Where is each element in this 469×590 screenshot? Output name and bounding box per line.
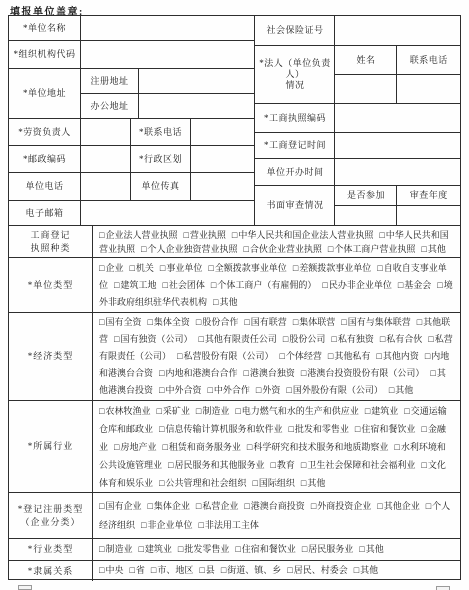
industry-options: □农林牧渔业□采矿业□制造业□电力燃气和水的生产和供应业□建筑业□交通运输仓库和… [93,401,460,492]
person-phone-label: 联系电话 [397,46,460,74]
checkbox-option[interactable]: □国际组织 [252,478,294,488]
checkbox-option-label: 差额拨款事业单位 [299,263,371,273]
business-license-type-label: 工商登记 执照种类 [9,226,93,257]
participate-input-cell[interactable] [335,206,397,225]
checkbox-icon: □ [198,334,203,344]
checkbox-option[interactable]: □股份公司 [283,334,325,344]
checkbox-option-label: 其他 [219,297,237,307]
checkbox-option[interactable]: □机关 [129,263,153,273]
checkbox-option[interactable]: □集体全资 [147,317,189,327]
unit-phone-label: 单位电话 [9,173,81,200]
checkbox-icon: □ [147,317,152,327]
checkbox-icon: □ [293,263,298,273]
checkbox-option[interactable]: □集体企业 [147,501,189,511]
checkbox-option[interactable]: □其他有限责任公司 [198,334,276,344]
checkbox-option[interactable]: □农林牧渔业 [99,406,150,416]
checkbox-icon: □ [252,478,257,488]
checkbox-option-label: 私有独资 [338,334,374,344]
checkbox-option[interactable]: □私有合伙 [380,334,422,344]
checkbox-icon: □ [301,460,306,470]
checkbox-option[interactable]: □市、地区 [151,565,193,575]
checkbox-option[interactable]: □外资 [256,385,280,395]
checkbox-icon: □ [398,280,403,290]
checkbox-icon: □ [377,501,382,511]
table-row: 是否参加 审查年度 [335,186,460,206]
checkbox-option[interactable]: □电力燃气和水的生产和供应业 [235,406,358,416]
industry-label: *所属行业 [9,401,93,492]
checkbox-option[interactable]: □私营股份有限（公司） [177,351,273,361]
person-name-label: 姓名 [335,46,397,74]
checkbox-icon: □ [99,406,104,416]
top-right-group: 社会保险证号 *法人（单位负责人） 情况 姓名 联系电话 [255,16,460,226]
checkbox-icon: □ [196,317,201,327]
checkbox-icon: □ [99,501,104,511]
checkbox-option[interactable]: □民办非企业单位 [322,280,391,290]
org-code-input-cell[interactable] [81,41,254,68]
business-reg-time-label: *工商登记时间 [255,133,335,158]
section-affiliation: *隶属关系 □中央□省□市、地区□县□街道、镇、乡□居民、村委会□其他 [9,561,460,581]
checkbox-icon: □ [141,520,146,530]
table-row: 办公地址 [81,94,254,118]
checkbox-option[interactable]: □住宿和餐饮业 [355,424,415,434]
checkbox-icon: □ [243,368,248,378]
checkbox-icon: □ [177,351,182,361]
checkbox-option[interactable]: □国有企业 [99,501,141,511]
checkbox-icon: □ [141,244,146,254]
checkbox-option-label: 居民、村委会 [294,565,348,575]
checkbox-option-label: 制造业 [105,544,132,554]
checkbox-icon: □ [287,565,292,575]
checkbox-option[interactable]: □私有独资 [331,334,373,344]
checkbox-option[interactable]: □中央 [99,565,123,575]
industry-category-label: *行业类型 [9,539,93,560]
checkbox-icon: □ [99,544,104,554]
checkbox-option[interactable]: □房地产业 [114,442,156,452]
checkbox-option[interactable]: □股份合作 [196,317,238,327]
checkbox-option-label: 其他内资 [383,351,419,361]
social-insurance-no-input-cell[interactable] [335,16,460,45]
participate-label: 是否参加 [335,186,397,205]
checkbox-option[interactable]: □教育 [270,460,294,470]
checkbox-option-label: 电力燃气和水的生产和供应业 [242,406,359,416]
checkbox-option-label: 房地产业 [120,442,156,452]
checkbox-icon: □ [211,280,216,290]
checkbox-option-label: 教育 [277,460,295,470]
checkbox-option-label: 内地和港澳台合作 [165,368,237,378]
table-row: *组织机构代码 [9,41,254,69]
checkbox-option[interactable]: □租赁和商务服务业 [162,442,240,452]
checkbox-option-label: 基金会 [404,280,431,290]
checkbox-option[interactable]: □居民服务和其他服务业 [168,460,264,470]
checkbox-option-label: 民办非企业单位 [329,280,392,290]
table-row: 单位开办时间 [255,159,460,186]
checkbox-option-label: 个人企业独资营业执照 [147,244,237,254]
checkbox-icon: □ [328,351,333,361]
checkbox-option-label: 国有全资 [105,317,141,327]
checkbox-icon: □ [425,351,430,361]
checkbox-option-label: 县 [206,565,215,575]
checkbox-icon: □ [380,334,385,344]
checkbox-option[interactable]: □事业单位 [160,263,202,273]
checkbox-option[interactable]: □省 [129,565,144,575]
checkbox-option[interactable]: □全额拨款事业单位 [208,263,286,273]
checkbox-icon: □ [208,263,213,273]
checkbox-option[interactable]: □采矿业 [156,406,189,416]
checkbox-option-label: 国际组织 [259,478,295,488]
unit-fax-input-cell[interactable] [191,173,254,200]
license-no-label: *工商执照编码 [255,104,335,132]
checkbox-option-label: 企业法人营业执照 [105,230,177,240]
checkbox-icon: □ [437,280,442,290]
checkbox-option-label: 国有企业 [105,501,141,511]
legal-person-subgroup: 姓名 联系电话 [335,46,460,103]
checkbox-option-label: 批发零售业 [184,544,229,554]
unit-type-label: *单位类型 [9,258,93,312]
checkbox-option[interactable]: □国外股份有限（公司） [286,385,382,395]
table-row: 社会保险证号 [255,16,460,46]
checkbox-option-label: 国有与集体联营 [348,317,411,327]
checkbox-icon: □ [283,334,288,344]
checkbox-option-label: 科学研究和技术服务和地质勘察业 [253,442,388,452]
checkbox-icon: □ [389,385,394,395]
office-address-input-cell[interactable] [139,94,254,118]
checkbox-option-label: 采矿业 [163,406,190,416]
affiliation-options: □中央□省□市、地区□县□街道、镇、乡□居民、村委会□其他 [93,561,460,581]
postal-code-input-cell[interactable] [81,146,131,172]
checkbox-icon: □ [288,424,293,434]
checkbox-option-label: 社会团体 [169,280,205,290]
checkbox-icon: □ [159,424,164,434]
unit-name-input-cell[interactable] [81,16,254,40]
checkbox-icon: □ [379,230,384,240]
business-reg-time-input-cell[interactable] [335,133,460,158]
checkbox-option-label: 其他 [307,478,325,488]
checkbox-icon: □ [151,565,156,575]
table-row: *工商登记时间 [255,133,460,159]
checkbox-option[interactable]: □居民服务业 [302,544,353,554]
admin-division-input-cell[interactable] [191,146,254,172]
checkbox-option[interactable]: □个体工商户营业执照 [328,244,415,254]
postal-code-label: *邮政编码 [9,146,81,172]
checkbox-option[interactable]: □其他企业 [377,501,419,511]
table-row: 单位电话 单位传真 [9,173,254,201]
table-row: 注册地址 [81,69,254,94]
checkbox-option-label: 住宿和餐饮业 [361,424,415,434]
checkbox-option[interactable]: □其他 [389,385,413,395]
section-industry: *所属行业 □农林牧渔业□采矿业□制造业□电力燃气和水的生产和供应业□建筑业□交… [9,401,460,493]
checkbox-icon: □ [417,317,422,327]
registered-address-input-cell[interactable] [139,69,254,93]
checkbox-option[interactable]: □企业法人营业执照 [99,230,177,240]
checkbox-option[interactable]: □差额拨款事业单位 [293,263,371,273]
checkbox-icon: □ [301,368,306,378]
registration-type-options: □国有企业□集体企业□私营企业□港澳台商投资□外商投资企业□其他企业□个人经济组… [93,493,460,538]
checkbox-icon: □ [430,368,435,378]
checkbox-icon: □ [421,244,426,254]
checkbox-option[interactable]: □合伙企业营业执照 [243,244,321,254]
checkbox-option[interactable]: □其他 [359,544,383,554]
checkbox-option-label: 国有联营 [251,317,287,327]
unit-type-options: □企业□机关□事业单位□全额拨款事业单位□差额拨款事业单位□自收自支事业单位□建… [93,258,460,312]
address-subgroup: 注册地址 办公地址 [81,69,254,118]
checkbox-icon: □ [159,385,164,395]
checkbox-icon: □ [235,406,240,416]
legal-person-label-line1: *法人（单位负责人） [255,58,334,80]
checkbox-icon: □ [331,334,336,344]
checkbox-option-label: 股份合作 [202,317,238,327]
checkbox-option[interactable]: □中外合作 [207,385,249,395]
checkbox-icon: □ [328,244,333,254]
checkbox-option-label: 外资 [262,385,280,395]
section-registration-type: *登记注册类型 （企业分类） □国有企业□集体企业□私营企业□港澳台商投资□外商… [9,493,460,539]
checkbox-option[interactable]: □个体经营 [279,351,321,361]
checkbox-option-label: 制造业 [202,406,229,416]
unit-fax-label: 单位传真 [131,173,191,200]
checkbox-option-label: 省 [136,565,145,575]
registration-form-table: *单位名称 *组织机构代码 *单位地址 注册地址 办公地址 [8,15,461,580]
section-unit-type: *单位类型 □企业□机关□事业单位□全额拨款事业单位□差额拨款事业单位□自收自支… [9,258,460,313]
license-no-input-cell[interactable] [335,104,460,132]
checkbox-icon: □ [156,406,161,416]
checkbox-option[interactable]: □营业执照 [183,230,225,240]
checkbox-icon: □ [99,317,104,327]
checkbox-option-label: 居民服务和其他服务业 [174,460,264,470]
checkbox-icon: □ [114,280,119,290]
checkbox-option-label: 中华人民共和国企业法人营业执照 [238,230,373,240]
checkbox-option-label: 股份公司 [289,334,325,344]
checkbox-option-label: 其他有限责任公司 [205,334,277,344]
section-label-line: 执照种类 [30,242,70,255]
labor-manager-input-cell[interactable] [81,119,131,145]
unit-open-time-input-cell[interactable] [335,159,460,185]
org-code-label: *组织机构代码 [9,41,81,68]
checkbox-icon: □ [99,263,104,273]
section-label-line: *登记注册类型 [18,503,84,516]
checkbox-option[interactable]: □国有联营 [244,317,286,327]
unit-open-time-label: 单位开办时间 [255,159,335,185]
checkbox-option[interactable]: □企业 [99,263,123,273]
business-license-type-options: □企业法人营业执照□营业执照□中华人民共和国企业法人营业执照□中华人民共和国营业… [93,226,460,257]
economic-type-label: *经济类型 [9,313,93,400]
section-label-line: *经济类型 [28,350,74,363]
checkbox-option[interactable]: □中外合资 [159,385,201,395]
checkbox-icon: □ [207,385,212,395]
checkbox-option-label: 个体工商户（有雇佣的） [217,280,316,290]
contact-phone-input-cell[interactable] [191,119,254,145]
checkbox-icon: □ [256,385,261,395]
review-year-input-cell[interactable] [397,206,460,225]
checkbox-option[interactable]: □建筑工地 [114,280,156,290]
checkbox-option[interactable]: □居民、村委会 [287,565,347,575]
contact-phone-label: *联系电话 [131,119,191,145]
checkbox-option-label: 建筑工地 [120,280,156,290]
checkbox-icon: □ [365,406,370,416]
checkbox-option-label: 租赁和商务服务业 [169,442,241,452]
checkbox-option[interactable]: □中华人民共和国企业法人营业执照 [232,230,373,240]
legal-person-label-line2: 情况 [285,80,304,91]
admin-division-label: *行政区划 [131,146,191,172]
checkbox-icon: □ [247,442,252,452]
checkbox-option[interactable]: □国有与集体联营 [341,317,410,327]
checkbox-option[interactable]: □个体工商户（有雇佣的） [211,280,316,290]
table-row: *单位名称 [9,16,254,41]
checkbox-option-label: 集体全资 [154,317,190,327]
checkbox-option[interactable]: □县 [199,565,214,575]
checkbox-option[interactable]: □基金会 [398,280,431,290]
section-label-line: *行业类型 [28,543,74,556]
section-label-line: *所属行业 [28,440,74,453]
checkbox-option[interactable]: □非企业单位 [141,520,192,530]
checkbox-option-label: 全额拨款事业单位 [215,263,287,273]
checkbox-icon: □ [198,520,203,530]
checkbox-option[interactable]: □内地和港澳台合作 [159,368,237,378]
checkbox-option[interactable]: □港澳台独资 [243,368,294,378]
checkbox-option-label: 港澳台商投资 [251,501,305,511]
checkbox-option[interactable]: □批发和零售业 [288,424,348,434]
checkbox-option-label: 营业执照 [190,230,226,240]
section-label-line: *隶属关系 [28,565,74,578]
checkbox-option-label: 集体联营 [299,317,335,327]
checkbox-option-label: 其他 [395,385,413,395]
checkbox-option[interactable]: □国有独资（公司） [114,334,192,344]
checkbox-option[interactable]: □信息传输计算机服务和软件业 [159,424,282,434]
table-row: *邮政编码 *行政区划 [9,146,254,173]
checkbox-icon: □ [162,280,167,290]
checkbox-icon: □ [199,565,204,575]
checkbox-option[interactable]: □制造业 [99,544,132,554]
checkbox-option[interactable]: □其他 [301,478,325,488]
checkbox-option[interactable]: □建筑业 [365,406,398,416]
checkbox-option[interactable]: □公共管理和社会组织 [159,478,246,488]
checkbox-option[interactable]: □制造业 [196,406,229,416]
checkbox-option-label: 建筑业 [145,544,172,554]
checkbox-option-label: 国外股份有限（公司） [293,385,383,395]
checkbox-icon: □ [377,263,382,273]
checkbox-option[interactable]: □私营企业 [196,501,238,511]
checkbox-option[interactable]: □集体联营 [293,317,335,327]
checkbox-option-label: 非法用工主体 [205,520,259,530]
checkbox-icon: □ [99,565,104,575]
checkbox-option-label: 中外合作 [214,385,250,395]
checkbox-option-label: 公共管理和社会组织 [165,478,246,488]
table-row: *单位地址 注册地址 办公地址 [9,69,254,119]
checkbox-option-label: 建筑业 [371,406,398,416]
checkbox-icon: □ [421,460,426,470]
checkbox-option-label: 合伙企业营业执照 [250,244,322,254]
checkbox-option-label: 私营股份有限（公司） [183,351,273,361]
checkbox-option-label: 私营企业 [202,501,238,511]
section-economic-type: *经济类型 □国有全资□集体全资□股份合作□国有联营□集体联营□国有与集体联营□… [9,313,460,401]
checkbox-option-label: 农林牧渔业 [105,406,150,416]
checkbox-icon: □ [244,501,249,511]
checkbox-icon: □ [244,317,249,327]
table-row: 姓名 联系电话 [335,46,460,75]
checkbox-option[interactable]: □社会团体 [162,280,204,290]
checkbox-icon: □ [138,544,143,554]
checkbox-icon: □ [355,424,360,434]
checkbox-icon: □ [159,478,164,488]
checkbox-icon: □ [160,263,165,273]
checkbox-option-label: 事业单位 [166,263,202,273]
checkbox-option[interactable]: □其他私有 [328,351,370,361]
checkbox-icon: □ [302,544,307,554]
section-industry-category: *行业类型 □制造业□建筑业□批发零售业□住宿和餐饮业□居民服务业□其他 [9,539,460,561]
checkbox-option-label: 街道、镇、乡 [227,565,281,575]
unit-phone-input-cell[interactable] [81,173,131,200]
checkbox-icon: □ [426,501,431,511]
checkbox-option[interactable]: □非法用工主体 [198,520,258,530]
checkbox-option[interactable]: □卫生社会保障和社会福利业 [301,460,415,470]
checkbox-option-label: 机关 [136,263,154,273]
checkbox-icon: □ [147,501,152,511]
checkbox-icon: □ [129,263,134,273]
checkbox-option[interactable]: □住宿和餐饮业 [235,544,295,554]
checkbox-option[interactable]: □其他内资 [376,351,418,361]
checkbox-option-label: 中外合资 [165,385,201,395]
person-name-input-cell[interactable] [335,75,397,103]
checkbox-option-label: 企业 [105,263,123,273]
checkbox-option-label: 信息传输计算机服务和软件业 [165,424,282,434]
checkbox-option-label: 私有合伙 [386,334,422,344]
table-row: *工商执照编码 [255,104,460,133]
unit-name-label: *单位名称 [9,16,81,40]
checkbox-option-label: 个体经营 [286,351,322,361]
registered-address-label: 注册地址 [81,69,139,93]
checkbox-icon: □ [376,351,381,361]
checkbox-option[interactable]: □外商投资企业 [311,501,371,511]
section-label-line: （企业分类） [20,516,80,529]
checkbox-option[interactable]: □其他 [213,297,237,307]
checkbox-icon: □ [159,368,164,378]
checkbox-option-label: 国有独资（公司） [120,334,192,344]
checkbox-option[interactable]: □港澳台投资股份有限（公司） [301,368,424,378]
legal-person-label: *法人（单位负责人） 情况 [255,46,335,103]
person-phone-input-cell[interactable] [397,75,460,103]
checkbox-icon: □ [421,424,426,434]
checkbox-icon: □ [129,565,134,575]
email-input-cell[interactable] [81,201,254,225]
checkbox-icon: □ [196,501,201,511]
checkbox-option-label: 其他私有 [334,351,370,361]
checkbox-option-label: 其他 [360,565,378,575]
labor-manager-label: *劳资负责人 [9,119,81,145]
checkbox-icon: □ [311,501,316,511]
checkbox-option[interactable]: □批发零售业 [178,544,229,554]
checkbox-option[interactable]: □港澳台商投资 [244,501,304,511]
checkbox-icon: □ [235,544,240,554]
economic-type-options: □国有全资□集体全资□股份合作□国有联营□集体联营□国有与集体联营□其他联营□国… [93,313,460,400]
checkbox-option[interactable]: □国有全资 [99,317,141,327]
checkbox-option-label: 其他企业 [384,501,420,511]
checkbox-option[interactable]: □个人企业独资营业执照 [141,244,237,254]
email-label: 电子邮箱 [9,201,81,225]
checkbox-option[interactable]: □建筑业 [138,544,171,554]
cutoff-box-left [18,585,32,590]
checkbox-icon: □ [341,317,346,327]
checkbox-option[interactable]: □科学研究和技术服务和地质勘察业 [247,442,388,452]
checkbox-option[interactable]: □街道、镇、乡 [221,565,281,575]
checkbox-option-label: 市、地区 [157,565,193,575]
table-row [335,206,460,225]
checkbox-icon: □ [114,334,119,344]
checkbox-option[interactable]: □其他 [354,565,378,575]
cutoff-box-right [436,586,450,590]
form-top-block: *单位名称 *组织机构代码 *单位地址 注册地址 办公地址 [9,16,460,226]
checkbox-icon: □ [232,230,237,240]
industry-category-options: □制造业□建筑业□批发零售业□住宿和餐饮业□居民服务业□其他 [93,539,460,560]
checkbox-icon: □ [286,385,291,395]
checkbox-icon: □ [168,460,173,470]
